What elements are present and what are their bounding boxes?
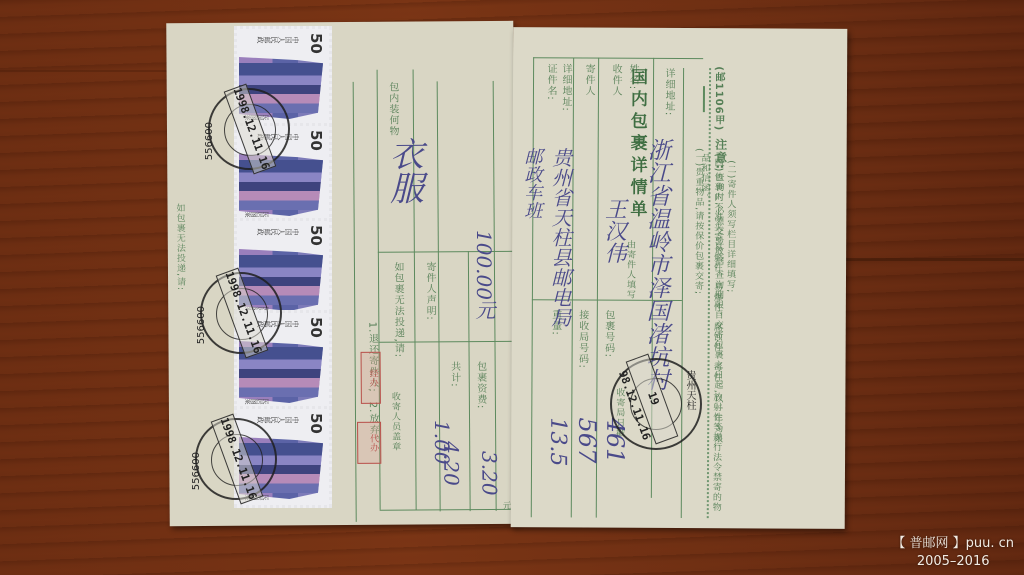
sender-label: 寄件人 — [581, 63, 596, 96]
grid-line — [353, 82, 357, 522]
note-4: (四)包裹内不准夹寄易燃性、易爆性、腐蚀性、毒性、放射性等规行法令禁寄的物品和信… — [697, 153, 725, 513]
postmark: 1998.12.11.16 556600 — [195, 418, 277, 500]
note-2: (二)寄件人须写栏目详细填写; — [724, 160, 738, 293]
form-code: (邮1106甲) — [711, 66, 726, 131]
sender-declaration-label: 寄件人声明: — [422, 261, 437, 320]
sender-id-label: 证件名: — [543, 63, 558, 100]
handwritten-insurance-fee: 1.00 — [430, 420, 454, 465]
parcel-number-label: 包裹号码: — [601, 310, 616, 358]
filled-by-note: 由寄件人填写 — [624, 240, 637, 300]
office-date-stamp: 19 98.12.11.16 贵州天柱 — [610, 358, 702, 450]
agent-red-seal: 代办 — [357, 422, 381, 464]
site-watermark: 【 普邮网 】puu. cn 2005–2016 — [892, 535, 1014, 571]
receiving-office-label: 接收局号码: — [575, 309, 590, 368]
wood-plank-seam — [845, 258, 1024, 261]
handwritten-postage-fee: 3.20 — [477, 451, 501, 496]
handwritten-weight: 13.5 — [545, 417, 570, 466]
clerk-seal-label: 收寄人员盖章 — [389, 392, 402, 452]
undeliverable-label: 如包裹无法投递,请: — [390, 262, 406, 359]
grid-line — [681, 68, 684, 518]
handwritten-sender-unit: 邮政车班 — [518, 147, 544, 219]
wood-plank-seam — [0, 70, 170, 72]
side-note: 如包裹无法投递,请: — [174, 203, 188, 291]
form-title: 国内包裹详情单 — [624, 68, 650, 222]
handwritten-value: 100.00元 — [470, 230, 499, 320]
handwritten-contents: 衣服 — [379, 136, 428, 204]
watermark-site: 【 普邮网 】puu. cn — [892, 535, 1014, 553]
handwritten-receiving-number: 567 — [573, 417, 601, 463]
address-label: 详细地址: — [661, 68, 676, 116]
total-label: 共计: — [447, 361, 462, 387]
recipient-label: 收件人 — [608, 64, 623, 97]
grid-line — [531, 57, 534, 517]
clerk-red-seal: 经办 — [361, 352, 381, 404]
contents-label: 包内装何物 — [385, 82, 400, 137]
postmark: 1998.12.11.16 556600 — [200, 272, 282, 354]
parcel-form-right-half: 寄件人 证件名: 详细地址: 收件人 姓名: 详细地址: 包裹号码: 接收局号码… — [511, 27, 848, 529]
watermark-years: 2005–2016 — [892, 553, 1014, 571]
handwritten-sender-address: 贵州省天柱县邮电局 — [546, 147, 576, 327]
grid-line — [533, 57, 703, 59]
grid-line — [703, 86, 705, 112]
sender-address-label: 详细地址: — [558, 63, 573, 111]
postage-label: 包裹资费: — [473, 361, 488, 409]
postmark: 1998.12.11.16 556600 — [208, 88, 290, 170]
